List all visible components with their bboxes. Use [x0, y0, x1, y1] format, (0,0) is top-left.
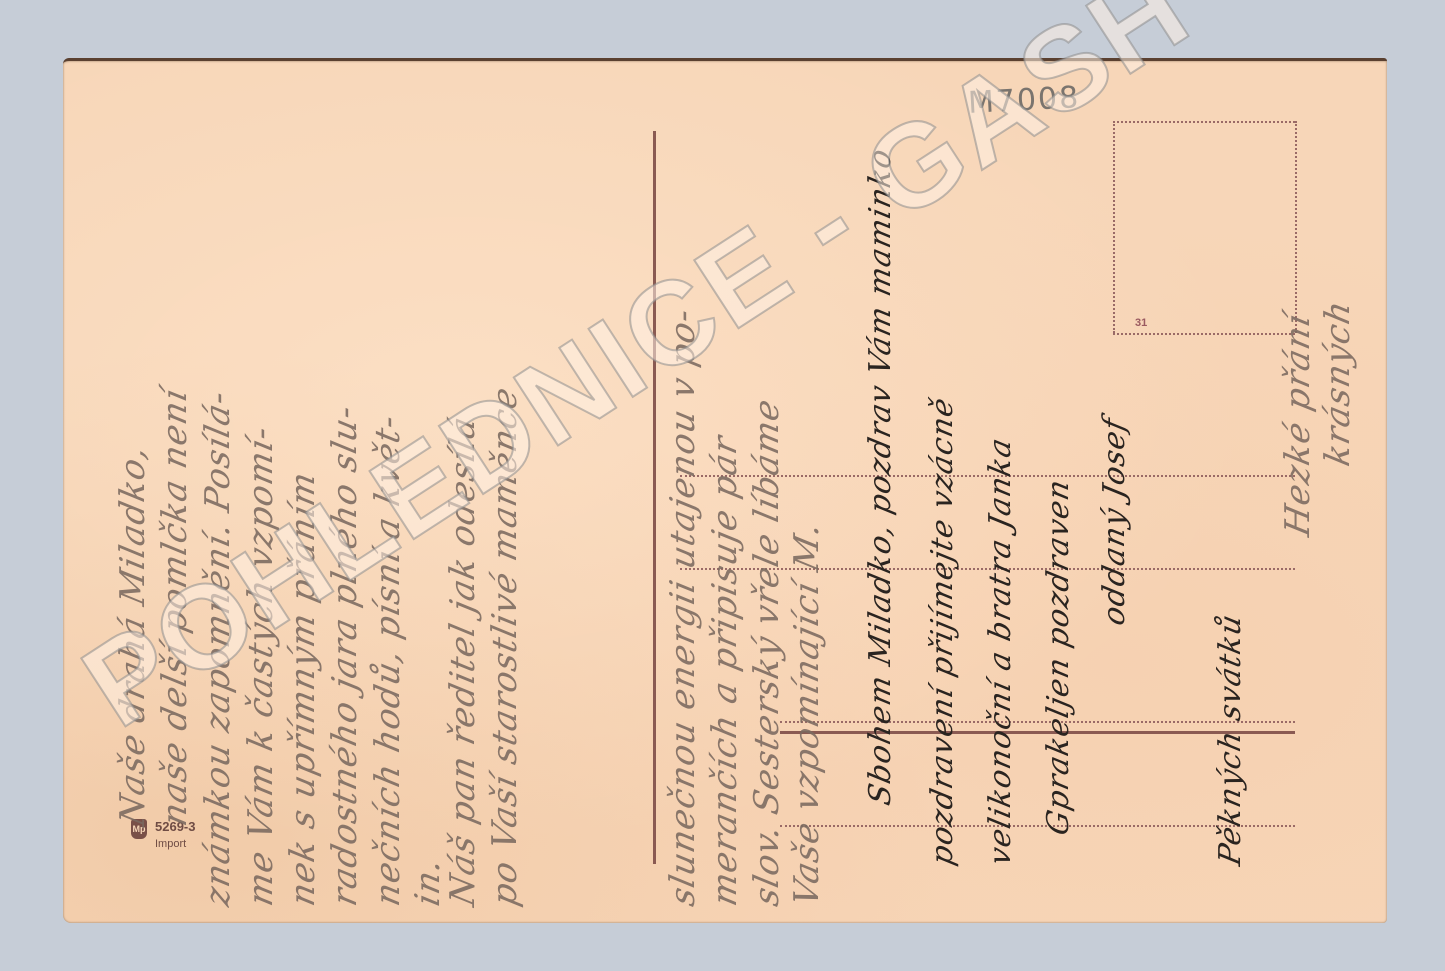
center-divider-line: [653, 131, 656, 864]
stamp-box-left: [1113, 121, 1115, 333]
handwritten-line: známkou zapomnění. Posílá-: [198, 387, 238, 910]
handwritten-line: Gprakeljen pozdraven: [1041, 476, 1076, 839]
handwritten-line: Náš pan ředitel jak odesílá: [443, 412, 483, 909]
handwritten-line: slov. Sesterský vřele líbáme: [747, 395, 787, 910]
handwritten-line: naše delší pomlčka není: [155, 385, 195, 830]
handwritten-line: pozdravení přijímejte vzácně: [925, 394, 960, 869]
handwritten-line: Naše drahá Miladko,: [113, 442, 153, 830]
handwritten-line: po Vaší starostlivé maměnce: [485, 383, 525, 909]
handwritten-line: nek s upřímným přáním: [283, 468, 323, 910]
stamp-box-top: [1113, 121, 1295, 123]
handwritten-line: me Vám k častých vzpomí-: [241, 422, 281, 909]
handwritten-line: Sbohem Miladko, pozdrav Vám maminko: [863, 145, 898, 808]
handwritten-line: radostného jara plného slu-: [325, 401, 365, 909]
inventory-code: M7008: [967, 80, 1081, 121]
postcard-back: 31 M7008 Mp 5269-3 Import Naše drahá Mil…: [63, 58, 1387, 923]
handwritten-line: velikonoční a bratra Janka: [983, 434, 1018, 868]
publisher-origin: Import: [155, 835, 195, 853]
handwritten-line: slunečnou energii utajenou v po-: [663, 305, 703, 910]
stamp-box-bottom: [1113, 333, 1295, 335]
stamp-box-right: [1295, 121, 1297, 333]
handwritten-line: in.: [408, 854, 448, 909]
handwritten-line: krásných: [1318, 296, 1358, 469]
handwritten-line: Pěkných svátků: [1213, 611, 1248, 869]
handwritten-line: oddaný Josef: [1097, 414, 1132, 628]
handwritten-line: Hezké přání: [1278, 310, 1318, 540]
handwritten-line: nečních hodů, písní a květ-: [368, 411, 408, 910]
handwritten-line: Vaše vzpomínající M.: [787, 519, 827, 910]
handwritten-line: merančích a připisuje pár: [705, 432, 745, 910]
stamp-box-number: 31: [1135, 317, 1147, 329]
